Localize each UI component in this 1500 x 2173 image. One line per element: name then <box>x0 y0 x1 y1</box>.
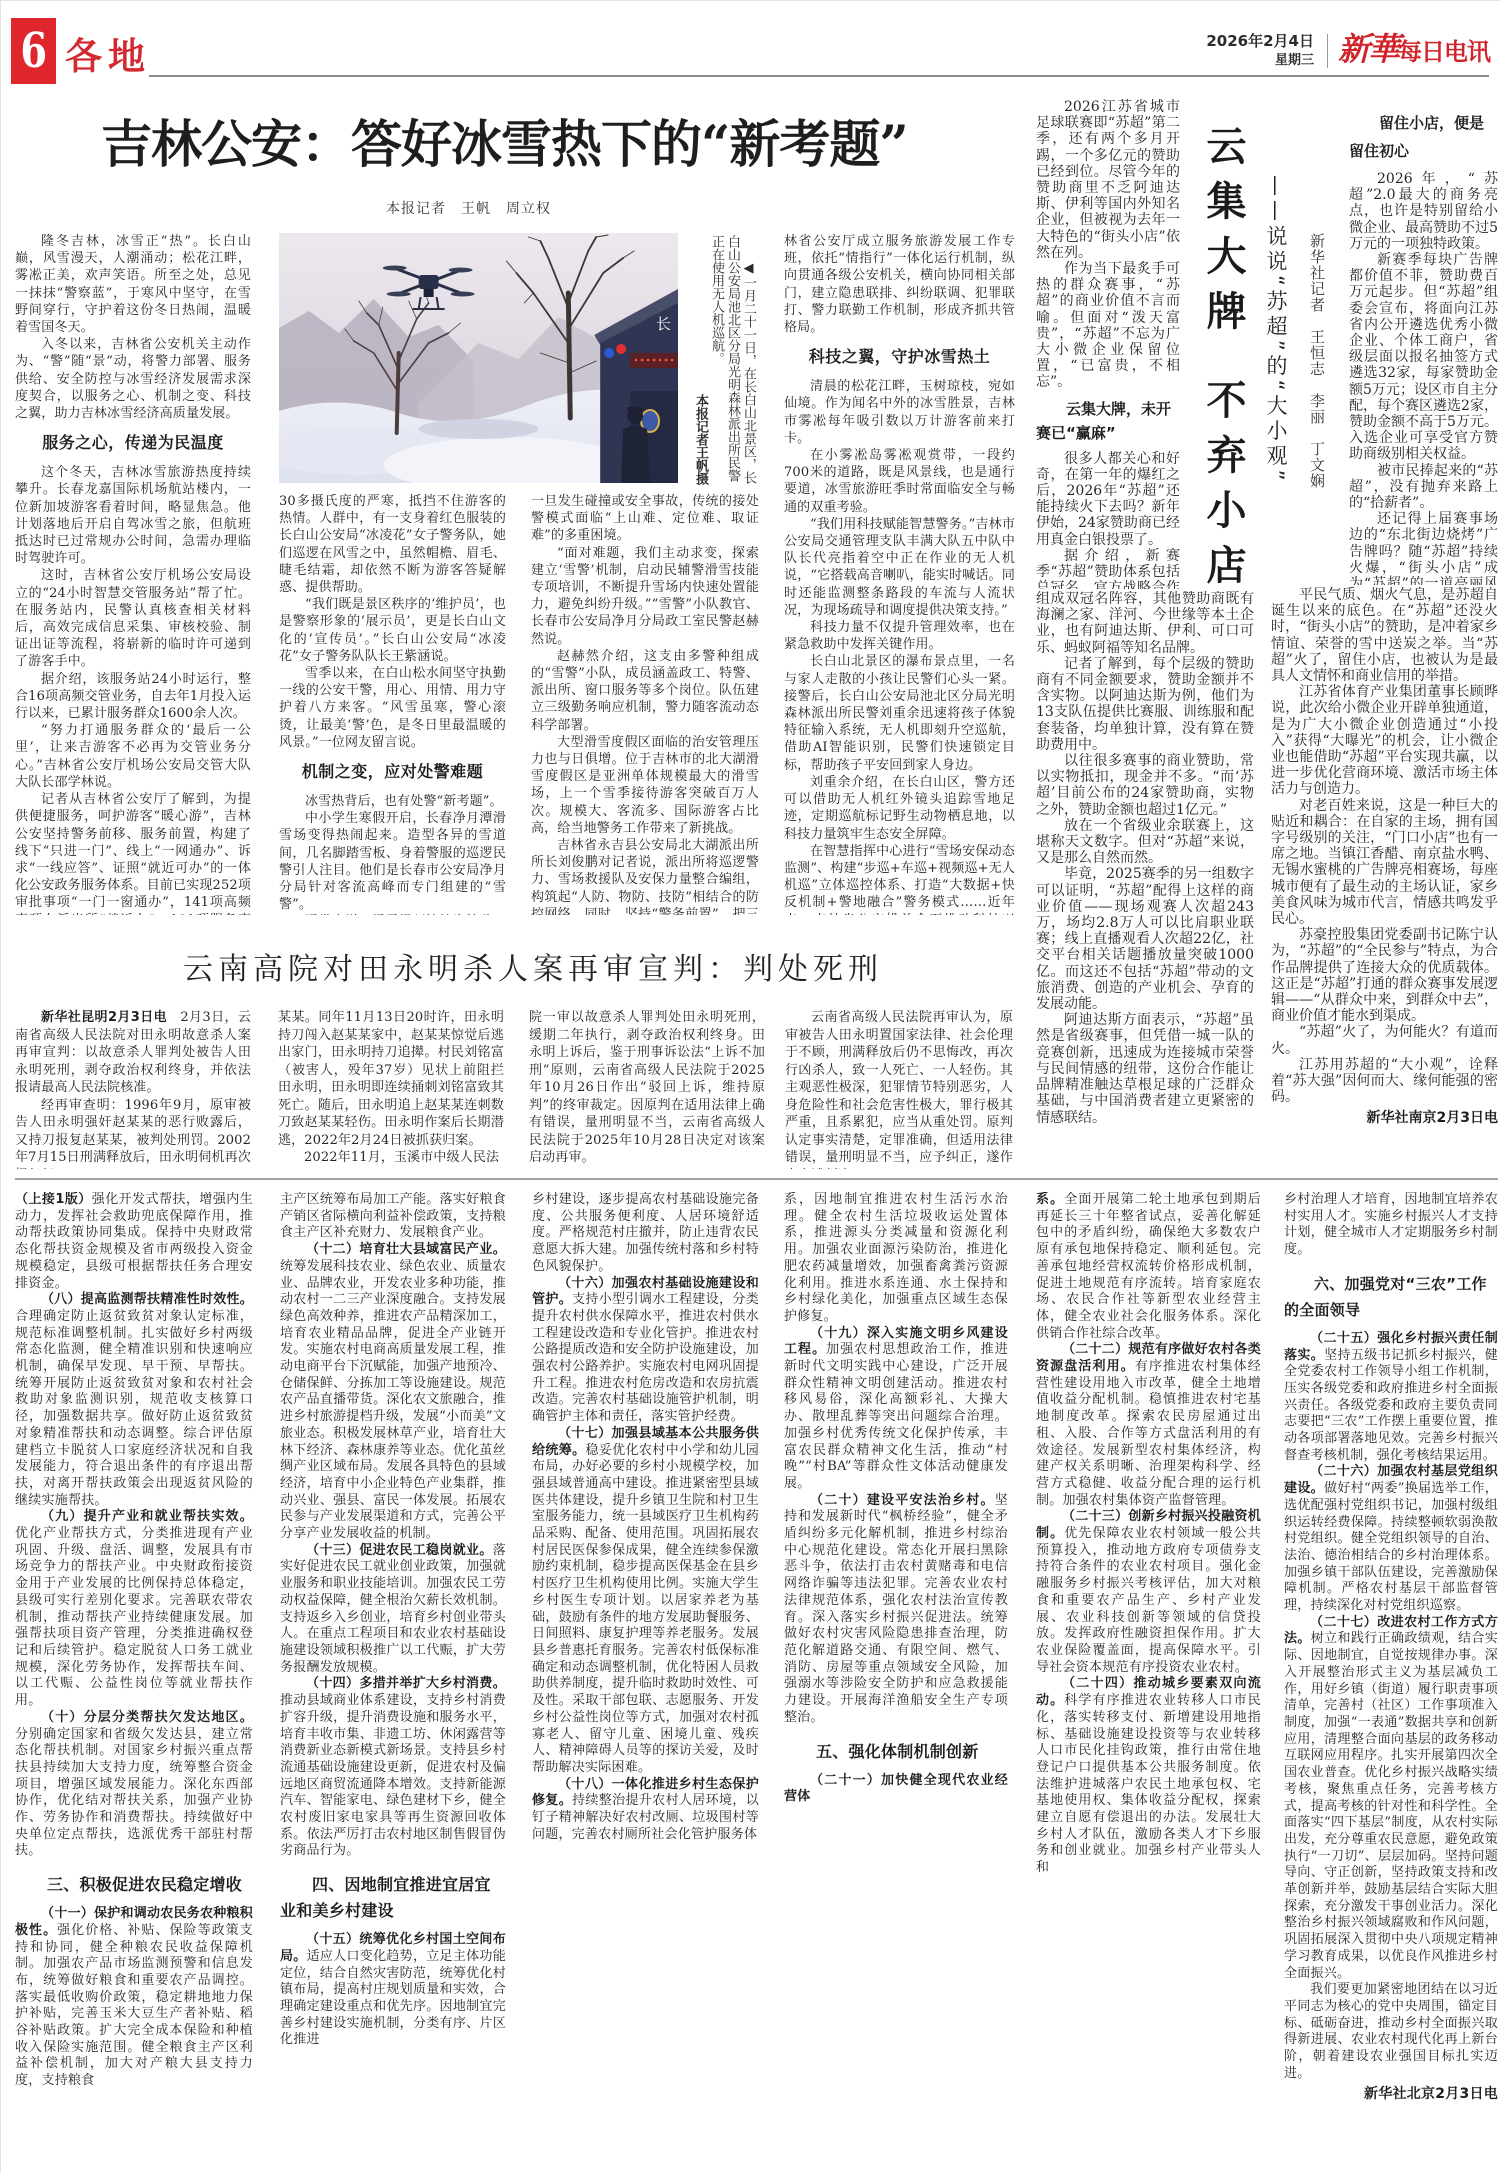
article-column-jilin-3: 一旦发生碰撞或安全事故，传统的接处警模式面临“上山难、定位难、取证难”的多重困境… <box>531 493 759 915</box>
section-rule <box>15 1178 1498 1180</box>
paragraph: （十九）深入实施文明乡风建设工程。加强农村思想政治工作，推进新时代文明实践中心建… <box>784 1326 1008 1493</box>
paragraph: （十三）促进农民工稳岗就业。落实好促进农民工就业创业政策，加强就业服务和职业技能… <box>280 1543 506 1677</box>
clause-title: （八）提高监测帮扶精准性时效性。 <box>41 1292 253 1307</box>
clause-title: （二十）建设平安法治乡村。 <box>810 1493 995 1508</box>
article-column-yunnan-3: 院一审以故意杀人罪判处田永明死刑，缓期二年执行，剥夺政治权利终身。田永明上诉后，… <box>529 1009 765 1169</box>
section-heading: 五、强化体制机制创新 <box>784 1739 1008 1765</box>
article-column-suchao-a: 2026江苏省城市足球联赛即“苏超”第二季，还有两个多月开踢，一个多亿元的赞助已… <box>1036 99 1180 589</box>
paragraph: 清晨的松花江畔，玉树琼枝，宛如仙境。作为闻名中外的冰雪胜景，吉林市雾凇每年吸引数… <box>784 378 1015 447</box>
paragraph: 新赛季每块广告牌都价值不菲，赞助费百万元起步。但“苏超”组委会宣布，将面向江苏省… <box>1349 252 1498 463</box>
paragraph: 毕竟，2025赛季的另一组数字可以证明，“苏超”配得上这样的商业价值——现场观赛… <box>1036 866 1254 1012</box>
paragraph: 平民气质、烟火气息，是苏超自诞生以来的底色。在“苏超”还没火时，“街头小店”的赞… <box>1271 587 1498 684</box>
paragraph: 雪季以来，在白山松水间坚守执勤一线的公安干警，用心、用情、用力守护着八方来客。“… <box>279 665 506 751</box>
header-rule <box>149 75 1489 77</box>
masthead-logo-calligraphy: 新華 <box>1338 30 1398 68</box>
paragraph: 系，因地制宜推进农村生活污水治理。健全农村生活垃圾收运处置体系，推进源头分类减量… <box>784 1192 1008 1326</box>
paragraph: （二十四）推动城乡要素双向流动。科学有序推进农业转移人口市民化，落实转移支付、新… <box>1036 1676 1261 1876</box>
photo-credit: 本报记者王帆摄 <box>692 235 708 485</box>
section-heading: 四、因地制宜推进宜居宜业和美乡村建设 <box>280 1872 506 1924</box>
subheading: 机制之变，应对处警难题 <box>279 761 506 783</box>
article-column-yunnan-2: 某某。同年11月13日20时许，田永明持刀闯入赵某某家中，赵某某惊觉后逃出家门，… <box>278 1009 504 1169</box>
paragraph: （二十五）强化乡村振兴责任制落实。坚持五级书记抓乡村振兴，健全党委农村工作领导小… <box>1284 1331 1498 1465</box>
document-column-1: （上接1版）强化开发式帮扶，增强内生动力，发挥社会救助兜底保障作用，推动帮扶政策… <box>15 1192 253 2170</box>
sign-off: 新华社南京2月3日电 <box>1271 1108 1498 1128</box>
paragraph: 2022年11月，玉溪市中级人民法 <box>278 1149 504 1167</box>
section-heading: 三、积极促进农民稳定增收 <box>15 1872 253 1898</box>
paragraph: 30多摄氏度的严寒，抵挡不住游客的热情。人群中，有一支身着红色服装的长白山公安局… <box>279 493 506 596</box>
paragraph: 据介绍，该服务站24小时运行，整合16项高频交管业务，自去年1月投入运行以来，已… <box>15 671 251 723</box>
paragraph: 这时，吉林省公安厅机场公安局设立的“24小时智慧交管服务站”帮了忙。在服务站内，… <box>15 567 251 670</box>
paragraph: （二十六）加强农村基层党组织建设。做好村“两委”换届选举工作，选优配强村党组织书… <box>1284 1464 1498 1614</box>
paragraph: （十六）加强农村基础设施建设和管护。支持小型引调水工程建设，分类提升农村供水保障… <box>532 1276 759 1426</box>
photo-caption-text: ◀一月二十一日，在长白山北景区，长白山公安局池北区分局光明森林派出所民警正在使用… <box>708 235 756 485</box>
article-column-yunnan-1: 新华社昆明2月3日电 2月3日，云南省高级人民法院对田永明故意杀人案再审宣判：以… <box>15 1009 251 1169</box>
dateline: 新华社昆明2月3日电 <box>41 1010 167 1025</box>
subheading: 科技之翼，守护冰雪热土 <box>784 346 1015 368</box>
paragraph: （十七）加强县域基本公共服务供给统筹。稳妥优化农村中小学和幼儿园布局，办好必要的… <box>532 1426 759 1777</box>
page-number-badge: 6 <box>11 18 56 84</box>
vertical-headline-part1: 云集大牌 <box>1201 125 1245 345</box>
paragraph: 大型滑雪度假区面临的治安管理压力也与日俱增。位于吉林市的北大湖滑雪度假区是亚洲单… <box>531 734 759 837</box>
article-column-yunnan-4: 云南省高级人民法院再审认为，原审被告人田永明置国家法律、社会伦理于不顾，刑满释放… <box>785 1009 1013 1169</box>
paragraph: （二十三）创新乡村振兴投融资机制。优先保障农业农村领域一般公共预算投入，推动地方… <box>1036 1509 1261 1676</box>
paragraph: 放在一个省级业余联赛上，这堪称天文数字。但对“苏超”来说，又是那么自然而然。 <box>1036 818 1254 867</box>
document-column-6: 乡村治理人才培育，因地制宜培养农村实用人才。实施乡村振兴人才支持计划，健全城市人… <box>1284 1192 1498 2170</box>
paragraph: 一旦发生碰撞或安全事故，传统的接处警模式面临“上山难、定位难、取证难”的多重困境… <box>531 493 759 545</box>
paragraph: （十五）统筹优化乡村国土空间布局。适应人口变化趋势，立足主体功能定位，结合自然灾… <box>280 1932 506 2049</box>
paragraph: （九）提升产业和就业帮扶实效。优化产业帮扶方式，分类推进现有产业巩固、升级、盘活… <box>15 1509 253 1709</box>
paragraph: （上接1版）强化开发式帮扶，增强内生动力，发挥社会救助兜底保障作用，推动帮扶政策… <box>15 1192 253 1292</box>
paragraph: 以往很多赛事的商业赞助，常以实物抵扣，现金并不多。“而‘苏超’目前公布的24家赞… <box>1036 753 1254 818</box>
headline-jilin: 吉林公安：答好冰雪热下的“新考题” <box>101 115 908 175</box>
subheading: 云集大牌，未开赛已“赢麻” <box>1036 397 1180 445</box>
article-column-suchao-a2: 组成双冠名阵容，其他赞助商既有海澜之家、洋河、今世缘等本土企业，也有阿迪达斯、伊… <box>1036 591 1254 1165</box>
paragraph: （十四）多措并举扩大乡村消费。推动县域商业体系建设，支持乡村消费扩容升级，提升消… <box>280 1676 506 1860</box>
article-column-suchao-b: 留住小店，便是留住初心 2026年，“苏超”2.0最大的商务亮点，也许是特别留给… <box>1349 107 1498 585</box>
issue-date: 2026年2月4日 <box>1121 32 1314 50</box>
paragraph: 作为当下最炙手可热的群众赛事，“苏超”的商业价值不言而喻。但面对“泼天富贵”，“… <box>1036 261 1180 391</box>
vertical-subtitle: ——说说“苏超”的“大小观” <box>1264 175 1288 485</box>
vertical-byline: 新华社记者 王恒志 李丽 丁文娴 <box>1308 233 1326 489</box>
paragraph: 据介绍，新赛季“苏超”赞助体系包括总冠名、官方战略合作伙伴、官方合作伙伴、官方供… <box>1036 548 1180 589</box>
paragraph: 通常来说，滑雪场环境较为特殊，雪道蜿蜒长达数百米，地形复杂、气温低。 <box>279 913 506 915</box>
paragraph: 记者从吉林省公安厅了解到，为提供便捷服务，呵护游客“暖心游”，吉林公安坚持警务前… <box>15 791 251 915</box>
paragraph: “苏超”火了，为何能火？有道而火。 <box>1271 1024 1498 1056</box>
paragraph: 在智慧指挥中心进行“雪场安保动态监测”、构建“步巡+车巡+视频巡+无人机巡”立体… <box>784 843 1015 915</box>
byline-jilin: 本报记者 王帆 周立权 <box>386 200 551 218</box>
section-title: 各地 <box>65 34 151 78</box>
newspaper-page: 6 各地 2026年2月4日 星期三 新華每日电讯 吉林公安：答好冰雪热下的“新… <box>0 0 1500 2173</box>
article-column-jilin-4: 林省公安厅成立服务旅游发展工作专班，依托“情指行”一体化运行机制，纵向贯通各级公… <box>784 233 1015 915</box>
paragraph: 系。全面开展第二轮土地承包到期后再延长三十年整省试点，妥善化解延包中的矛盾纠纷，… <box>1036 1192 1261 1342</box>
subheading: 服务之心，传递为民温度 <box>15 432 251 454</box>
document-column-4: 系，因地制宜推进农村生活污水治理。健全农村生活垃圾收运处置体系，推进源头分类减量… <box>784 1192 1008 2170</box>
paragraph: 科技力量不仅提升管理效率，也在紧急救助中发挥关键作用。 <box>784 619 1015 653</box>
clause-title: （十二）培育壮大县域富民产业。 <box>306 1242 506 1257</box>
masthead-logo-text: 每日电讯 <box>1398 38 1490 66</box>
paragraph: 被市民捧起来的“苏超”，没有抛弃来路上的“拾薪者”。 <box>1349 463 1498 512</box>
paragraph: 林省公安厅成立服务旅游发展工作专班，依托“情指行”一体化运行机制，纵向贯通各级公… <box>784 233 1015 336</box>
paragraph: 吉林省永吉县公安局北大湖派出所所长刘俊鹏对记者说，派出所将巡逻警力、雪场救援队及… <box>531 837 759 915</box>
paragraph: （二十七）改进农村工作方式方法。树立和践行正确政绩观，结合实际、因地制宜，自觉按… <box>1284 1615 1498 1982</box>
paragraph: 还记得上届赛事场边的“东北街边烧烤”广告牌吗？随“苏超”持续火爆，“街头小店”成… <box>1349 511 1498 585</box>
paragraph: 云南省高级人民法院再审认为，原审被告人田永明置国家法律、社会伦理于不顾，刑满释放… <box>785 1009 1013 1169</box>
paragraph: 这个冬天，吉林冰雪旅游热度持续攀升。长春龙嘉国际机场航站楼内，一位新加坡游客看着… <box>15 464 251 567</box>
masthead-logo: 新華每日电讯 <box>1338 29 1490 72</box>
paragraph: 新华社昆明2月3日电 2月3日，云南省高级人民法院对田永明故意杀人案再审宣判：以… <box>15 1009 251 1097</box>
paragraph: 某某。同年11月13日20时许，田永明持刀闯入赵某某家中，赵某某惊觉后逃出家门，… <box>278 1009 504 1149</box>
paragraph: 中小学生寒假开启，长春净月潭滑雪场变得热闹起来。造型各异的雪道间，几名脚踏雪板、… <box>279 810 506 913</box>
paragraph: 苏豪控股集团党委副书记陈宁认为，“苏超”的“全民参与”特点，为合作品牌提供了连接… <box>1271 927 1498 1024</box>
document-column-2: 主产区统筹布局加工产能。落实好粮食产销区省际横向利益补偿政策，支持粮食主产区补充… <box>280 1192 506 2170</box>
paragraph: （十八）一体化推进乡村生态保护修复。持续整治提升农村人居环境，以钉子精神解决好农… <box>532 1777 759 1844</box>
issue-weekday: 星期三 <box>1121 53 1314 69</box>
clause-title: （十）分层分类帮扶欠发达地区。 <box>41 1710 253 1725</box>
paragraph: （二十一）加快健全现代农业经营体 <box>784 1773 1008 1806</box>
paragraph: 江苏用苏超的“大小观”，诠释着“苏大强”因何而大、缘何能强的密码。 <box>1271 1057 1498 1106</box>
document-column-5: 系。全面开展第二轮土地承包到期后再延长三十年整省试点，妥善化解延包中的矛盾纠纷，… <box>1036 1192 1261 2170</box>
paragraph: 记者了解到，每个层级的赞助商有不同金额要求，赞助金额并不含实物。以阿迪达斯为例，… <box>1036 656 1254 753</box>
page-number: 6 <box>20 18 47 84</box>
clause-title: （十四）多措并举扩大乡村消费。 <box>306 1676 506 1691</box>
paragraph: 院一审以故意杀人罪判处田永明死刑，缓期二年执行，剥夺政治权利终身。田永明上诉后，… <box>529 1009 765 1167</box>
paragraph: 阿迪达斯方面表示，“苏超”虽然是省级赛事，但凭借一城一队的竞赛创新，迅速成为连接… <box>1036 1012 1254 1125</box>
paragraph: 入冬以来，吉林省公安机关主动作为、“警”随“景”动，将警力部署、服务供给、安全防… <box>15 336 251 422</box>
article-column-jilin-2: 30多摄氏度的严寒，抵挡不住游客的热情。人群中，有一支身着红色服装的长白山公安局… <box>279 493 506 915</box>
paragraph: “努力打通服务群众的‘最后一公里’，让来吉游客不必再为交管业务分心。”吉林省公安… <box>15 722 251 791</box>
vertical-headline-part2: 不弃小店 <box>1201 379 1245 599</box>
sign-off: 新华社北京2月3日电 <box>1284 2084 1498 2104</box>
photo-sign-text: 长 <box>656 315 671 333</box>
paragraph: “面对难题，我们主动求变，探索建立‘雪警’机制，启动民辅警滑雪技能专项培训，不断… <box>531 545 759 648</box>
paragraph: 我们要更加紧密地团结在以习近平同志为核心的党中央周围，锚定目标、砥砺奋进，推动乡… <box>1284 1982 1498 2082</box>
paragraph: “我们用科技赋能智慧警务。”吉林市公安局交通管理支队丰满大队五中队中队长代亮指着… <box>784 516 1015 619</box>
paragraph: 经再审查明：1996年9月，原审被告人田永明强奸赵某某的恶行败露后，又持刀报复赵… <box>15 1097 251 1170</box>
photo-caption: ◀一月二十一日，在长白山北景区，长白山公安局池北区分局光明森林派出所民警正在使用… <box>692 235 756 485</box>
headline-yunnan: 云南高院对田永明杀人案再审宣判：判处死刑 <box>183 951 883 989</box>
clause-title: （二十一）加快健全现代农业经营体 <box>784 1773 1008 1805</box>
paragraph: 长白山北景区的瀑布景点里，一名与家人走散的小孩让民警们心头一紧。接警后，长白山公… <box>784 653 1015 773</box>
subheading: 留住小店，便是留住初心 <box>1349 109 1498 165</box>
paragraph: 很多人都关心和好奇，在第一年的爆红之后，2026年“苏超”还能持续火下去吗？新年… <box>1036 451 1180 548</box>
photo-illustration: 长 <box>279 233 678 483</box>
clause-title: （十三）促进农民工稳岗就业。 <box>306 1543 493 1558</box>
article-column-suchao-b2: 平民气质、烟火气息，是苏超自诞生以来的底色。在“苏超”还没火时，“街头小店”的赞… <box>1271 587 1498 1165</box>
news-photo-drone-patrol: 长 <box>279 233 678 483</box>
paragraph: 组成双冠名阵容，其他赞助商既有海澜之家、洋河、今世缘等本土企业，也有阿迪达斯、伊… <box>1036 591 1254 656</box>
paragraph: 隆冬吉林，冰雪正“热”。长白山巅，风雪漫天，人潮涌动；松花江畔，雾凇正美，欢声笑… <box>15 233 251 336</box>
paragraph: （二十）建设平安法治乡村。坚持和发展新时代“枫桥经验”，健全矛盾纠纷多元化解机制… <box>784 1493 1008 1727</box>
paragraph: 对老百姓来说，这是一种巨大的贴近和耦合：在自家的主场，拥有国字号级别的关注，“门… <box>1271 798 1498 928</box>
paragraph: 赵赫然介绍，这支由多警种组成的“雪警”小队，成员涵盖政工、特警、派出所、窗口服务… <box>531 648 759 734</box>
paragraph: 在小雾凇岛雾凇观赏带，一段约700米的道路，既是风景线，也是通行要道，冰雪旅游旺… <box>784 447 1015 516</box>
continued-from-label: （上接1版） <box>15 1192 92 1207</box>
paragraph: 冰雪热背后，也有处警“新考题”。 <box>279 793 506 810</box>
paragraph: “我们既是景区秩序的‘维护员’，也是警察形象的‘展示员’，更是长白山文化的‘宣传… <box>279 596 506 665</box>
paragraph: 乡村建设，逐步提高农村基础设施完备度、公共服务便利度、人居环境舒适度。严格规范村… <box>532 1192 759 1276</box>
document-column-3: 乡村建设，逐步提高农村基础设施完备度、公共服务便利度、人居环境舒适度。严格规范村… <box>532 1192 759 2170</box>
paragraph: （十二）培育壮大县域富民产业。统筹发展科技农业、绿色农业、质量农业、品牌农业，开… <box>280 1242 506 1543</box>
article-column-jilin-1: 隆冬吉林，冰雪正“热”。长白山巅，风雪漫天，人潮涌动；松花江畔，雾凇正美，欢声笑… <box>15 233 251 915</box>
paragraph: （二十二）规范有序做好农村各类资源盘活利用。有序推进农村集体经营性建设用地入市改… <box>1036 1342 1261 1509</box>
paragraph: （八）提高监测帮扶精准性时效性。合理确定防止返贫致贫对象认定标准，规范标准调整机… <box>15 1292 253 1509</box>
paragraph: 刘重余介绍，在长白山区，警方还可以借助无人机红外镜头追踪雪地足迹，定期巡航标记野… <box>784 774 1015 843</box>
clause-title: （九）提升产业和就业帮扶实效。 <box>41 1509 253 1524</box>
section-heading: 六、加强党对“三农”工作的全面领导 <box>1284 1271 1498 1323</box>
header-divider <box>1327 34 1328 68</box>
paragraph: （十）分层分类帮扶欠发达地区。分别确定国家和省级欠发达县，建立常态化帮扶机制。对… <box>15 1710 253 1860</box>
paragraph: 2026年，“苏超”2.0最大的商务亮点，也许是特别留给小微企业、最高赞助不过5… <box>1349 171 1498 252</box>
paragraph: 江苏省体育产业集团董事长顾晔说，此次给小微企业开辟单独通道，是为广大小微企业创造… <box>1271 684 1498 797</box>
paragraph: （十一）保护和调动农民务农种粮积极性。强化价格、补贴、保险等政策支持和协同，健全… <box>15 1906 253 2090</box>
paragraph: 乡村治理人才培育，因地制宜培养农村实用人才。实施乡村振兴人才支持计划，健全城市人… <box>1284 1192 1498 1259</box>
paragraph: 2026江苏省城市足球联赛即“苏超”第二季，还有两个多月开踢，一个多亿元的赞助已… <box>1036 99 1180 261</box>
paragraph: 主产区统筹布局加工产能。落实好粮食产销区省际横向利益补偿政策，支持粮食主产区补充… <box>280 1192 506 1242</box>
